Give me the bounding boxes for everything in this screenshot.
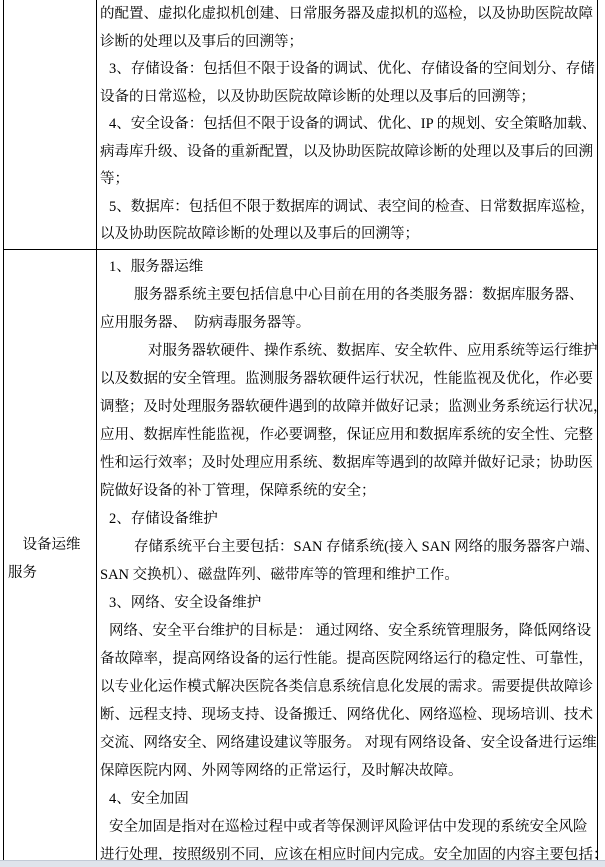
text-line: 等； bbox=[100, 166, 593, 194]
text-line: 3、网络、安全设备维护 bbox=[100, 589, 593, 617]
text-line: 2、存储设备维护 bbox=[100, 505, 593, 533]
text-line: 以专业化运作模式解决医院各类信息系统信息化发展的需求。需要提供故障诊 bbox=[100, 673, 593, 701]
text-line: 网络、安全平台维护的目标是： 通过网络、安全系统管理服务，降低网络设 bbox=[100, 617, 593, 645]
text-line: 调整；及时处理服务器软硬件遇到的故障并做好记录；监测业务系统运行状况， bbox=[100, 393, 593, 421]
row2-content-cell: 1、服务器运维 服务器系统主要包括信息中心目前在用的各类服务器：数据库服务器、 … bbox=[97, 250, 597, 867]
row1-label-cell bbox=[4, 0, 97, 249]
text-line: 4、安全加固 bbox=[100, 785, 593, 813]
text-line: 5、数据库：包括但不限于数据库的调试、表空间的检查、日常数据库巡检， bbox=[100, 194, 593, 222]
text-line: 以及协助医院故障诊断的处理以及事后的回溯等； bbox=[100, 221, 593, 249]
bottom-edge-strip bbox=[0, 860, 605, 867]
service-scope-table: 的配置、虚拟化虚拟机创建、日常服务器及虚拟机的巡检，以及协助医院故障 诊断的处理… bbox=[3, 0, 598, 867]
text-line: 对服务器软硬件、操作系统、数据库、安全软件、应用系统等运行维护 bbox=[100, 337, 593, 365]
document-page: 的配置、虚拟化虚拟机创建、日常服务器及虚拟机的巡检，以及协助医院故障 诊断的处理… bbox=[0, 0, 605, 867]
text-line: 安全加固是指对在巡检过程中或者等保测评风险评估中发现的系统安全风险 bbox=[100, 813, 593, 841]
text-line: 院做好设备的补丁管理，保障系统的安全； bbox=[100, 477, 593, 505]
text-line: 保障医院内网、外网等网络的正常运行，及时解决故障。 bbox=[100, 757, 593, 785]
text-line: 存储系统平台主要包括：SAN 存储系统(接入 SAN 网络的服务器客户端、 bbox=[100, 533, 593, 561]
text-line: 1、服务器运维 bbox=[100, 253, 593, 281]
text-line: 备故障率，提高网络设备的运行性能。提高医院网络运行的稳定性、可靠性， bbox=[100, 645, 593, 673]
row-label: 设备运维服务 bbox=[4, 531, 92, 587]
table-row-continued: 的配置、虚拟化虚拟机创建、日常服务器及虚拟机的巡检，以及协助医院故障 诊断的处理… bbox=[4, 0, 597, 250]
text-line: 服务器系统主要包括信息中心目前在用的各类服务器：数据库服务器、 bbox=[100, 281, 593, 309]
text-line: 性和运行效率；及时处理应用系统、数据库等遇到的故障并做好记录；协助医 bbox=[100, 449, 593, 477]
text-line: 以及数据的安全管理。监测服务器软硬件运行状况，性能监视及优化，作必要 bbox=[100, 365, 593, 393]
row1-content-cell: 的配置、虚拟化虚拟机创建、日常服务器及虚拟机的巡检，以及协助医院故障 诊断的处理… bbox=[97, 0, 597, 249]
row2-label-cell: 设备运维服务 bbox=[4, 250, 97, 867]
text-line: 应用、数据库性能监视，作必要调整，保证应用和数据库系统的安全性、完整 bbox=[100, 421, 593, 449]
text-line: 应用服务器、 防病毒服务器等。 bbox=[100, 309, 593, 337]
text-line: 病毒库升级、设备的重新配置，以及协助医院故障诊断的处理以及事后的回溯 bbox=[100, 139, 593, 167]
text-line: 交流、网络安全、网络建设建议等服务。 对现有网络设备、安全设备进行运维； bbox=[100, 729, 593, 757]
text-line: 诊断的处理以及事后的回溯等； bbox=[100, 29, 593, 57]
text-line: 设备的日常巡检，以及协助医院故障诊断的处理以及事后的回溯等； bbox=[100, 84, 593, 112]
text-line: 断、远程支持、现场支持、设备搬迁、网络优化、网络巡检、现场培训、技术 bbox=[100, 701, 593, 729]
text-line: SAN 交换机）、磁盘阵列、磁带库等的管理和维护工作。 bbox=[100, 561, 593, 589]
text-line: 3、存储设备：包括但不限于设备的调试、优化、存储设备的空间划分、存储 bbox=[100, 56, 593, 84]
table-row-equipment-ops: 设备运维服务 1、服务器运维 服务器系统主要包括信息中心目前在用的各类服务器：数… bbox=[4, 250, 597, 867]
text-line: 的配置、虚拟化虚拟机创建、日常服务器及虚拟机的巡检，以及协助医院故障 bbox=[100, 1, 593, 29]
text-line: 4、安全设备：包括但不限于设备的调试、优化、IP 的规划、安全策略加载、 bbox=[100, 111, 593, 139]
